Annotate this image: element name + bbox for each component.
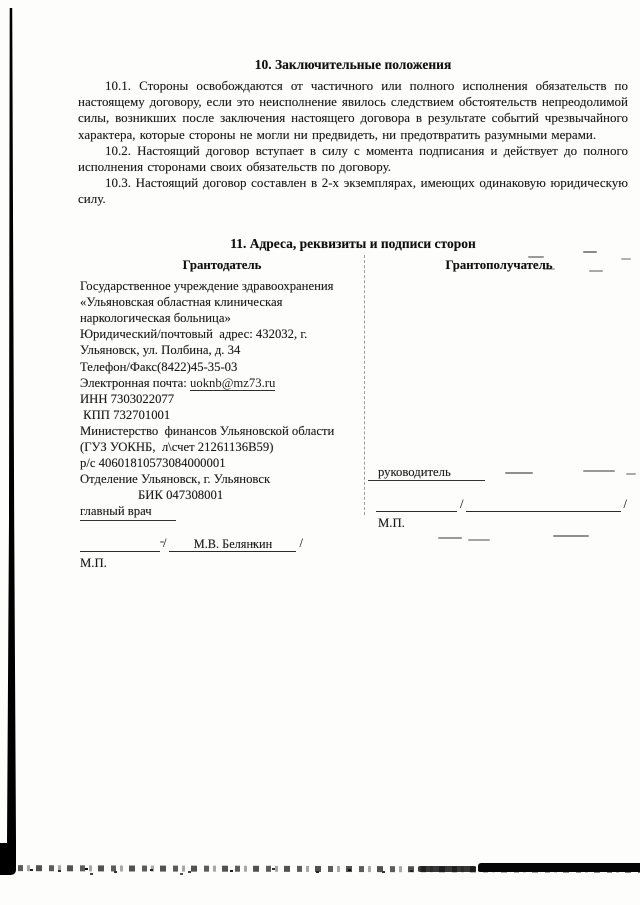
paragraph-10-3: 10.3. Настоящий договор составлен в 2-х …: [78, 175, 628, 207]
grantor-org-line: Государственное учреждение здравоохранен…: [80, 278, 364, 294]
paragraph-10-1: 10.1. Стороны освобождаются от частичног…: [78, 78, 628, 143]
scan-artifact-bottom-mid: [418, 866, 476, 872]
scan-artifact-bottom-right: [478, 863, 640, 872]
slash-separator: /: [160, 535, 169, 551]
grantor-kpp-line: КПП 732701001: [80, 407, 364, 423]
grantor-block: Грантодатель Государственное учреждение …: [80, 257, 364, 571]
email-address: uoknb@mz73.ru: [190, 376, 275, 391]
grantor-signature-row: /М.В. Белянкин/: [80, 535, 364, 552]
grantor-signatory-name: М.В. Белянкин: [169, 536, 296, 552]
grantor-org-line: «Ульяновская областная клиническая: [80, 294, 364, 310]
grantor-org-line: наркологическая больница»: [80, 310, 364, 326]
grantor-title: Грантодатель: [80, 257, 364, 273]
grantor-position: главный врач: [80, 503, 176, 520]
grantor-seal-label: М.П.: [80, 555, 364, 571]
grantee-block: Грантополучатель руководитель // М.П.: [368, 257, 630, 531]
section-10-heading: 10. Заключительные положения: [78, 57, 628, 73]
column-divider-dashed-line: [364, 255, 365, 515]
grantor-bank-branch-line: Отделение Ульяновск, г. Ульяновск: [80, 471, 364, 487]
grantee-position-line: руководитель: [368, 464, 630, 481]
grantor-account-line: р/с 40601810573084000001: [80, 455, 364, 471]
grantor-bik-line: БИК 047308001: [80, 487, 364, 503]
grantor-address-line: Юридический/почтовый адрес: 432032, г.: [80, 326, 364, 342]
grantor-position-line: главный врач: [80, 503, 364, 520]
slash-separator: /: [296, 535, 305, 551]
slash-separator: /: [457, 496, 466, 512]
grantee-position: руководитель: [368, 464, 485, 481]
scan-artifact-dash: [438, 537, 462, 539]
grantor-inn-line: ИНН 7303022077: [80, 391, 364, 407]
scanned-contract-page: 10. Заключительные положения 10.1. Сторо…: [0, 0, 640, 905]
grantor-signature-blank: [80, 536, 160, 552]
scan-artifact-dash: [553, 535, 589, 537]
scan-artifact-dash: [468, 539, 490, 541]
grantor-bank-line: (ГУЗ УОКНБ, л\счет 21261136В59): [80, 439, 364, 455]
grantor-email-line: Электронная почта: uoknb@mz73.ru: [80, 375, 364, 391]
grantee-title: Грантополучатель: [368, 257, 630, 273]
scan-artifact-left-bar: [7, 8, 16, 868]
paragraph-10-2: 10.2. Настоящий договор вступает в силу …: [78, 143, 628, 175]
grantee-name-blank: [466, 496, 620, 512]
grantee-seal-label: М.П.: [368, 515, 630, 531]
email-label: Электронная почта:: [80, 376, 190, 390]
grantee-signature-row: //: [368, 495, 630, 512]
section-10-body: 10.1. Стороны освобождаются от частичног…: [78, 78, 628, 208]
grantor-address-line: Ульяновск, ул. Полбина, д. 34: [80, 342, 364, 358]
slash-separator: /: [621, 496, 630, 512]
grantor-bank-line: Министерство финансов Ульяновской област…: [80, 423, 364, 439]
grantee-signature-blank: [376, 496, 457, 512]
scan-artifact-left-corner: [0, 843, 16, 875]
section-11-heading: 11. Адреса, реквизиты и подписи сторон: [78, 236, 628, 252]
scan-artifact-specks: [30, 869, 33, 871]
grantor-phone-line: Телефон/Факс(8422)45-35-03: [80, 359, 364, 375]
